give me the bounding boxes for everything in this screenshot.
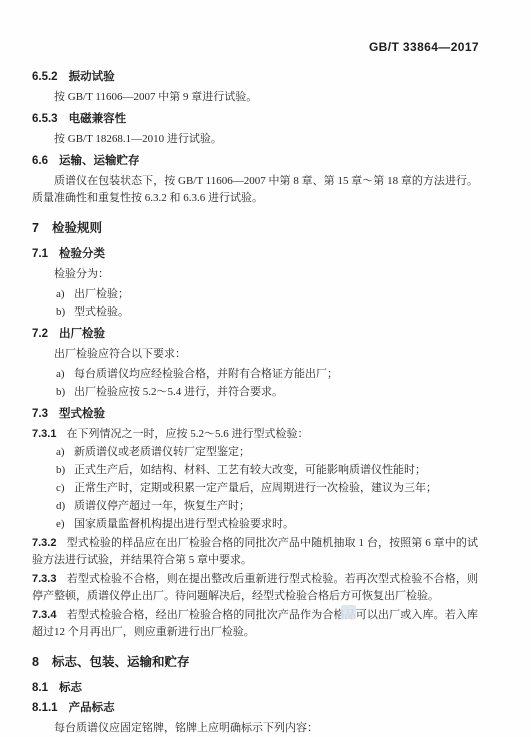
list-item: c)正常生产时，定期或积累一定产量后，应周期进行一次检验，建议为三年；	[32, 480, 478, 497]
chapter-heading: 7检验规则	[32, 220, 478, 236]
list-item: d)质谱仪停产超过一年，恢复生产时；	[32, 498, 478, 515]
heading-number: 8.1.1	[32, 702, 58, 714]
clause-text: 型式检验的样品应在出厂检验合格的同批次产品中随机抽取 1 台，按照第 6 章中的…	[32, 537, 478, 566]
scan-artifact	[341, 605, 356, 619]
list-item-text: 质谱仪停产超过一年，恢复生产时；	[74, 500, 250, 512]
list-item-label: b)	[56, 384, 65, 401]
section-heading: 8.1标志	[32, 681, 478, 695]
clause-number: 7.3.4	[32, 609, 56, 621]
paragraph: 按 GB/T 11606—2007 中第 9 章进行试验。	[32, 89, 478, 106]
heading-number: 8.1	[32, 682, 48, 694]
section-heading: 6.5.2振动试验	[32, 70, 478, 84]
section-heading: 7.3型式检验	[32, 407, 478, 421]
clause-paragraph: 7.3.3若型式检验不合格，则在提出整改后重新进行型式检验。若再次型式检验不合格…	[32, 571, 478, 605]
heading-number: 6.5.3	[32, 113, 58, 125]
section-heading: 6.6运输、运输贮存	[32, 154, 478, 168]
list-item-text: 国家质量监督机构提出进行型式检验要求时。	[74, 518, 294, 530]
document-page: { "header": { "standard_number": "GB/T 3…	[0, 0, 531, 737]
list-item-text: 出厂检验；	[74, 288, 129, 300]
clause-paragraph: 7.3.1在下列情况之一时，应按 5.2～5.6 进行型式检验：	[32, 426, 478, 443]
list-item: a)每台质谱仪均应经检验合格，并附有合格证方能出厂；	[32, 366, 478, 383]
list-item-label: a)	[56, 444, 65, 461]
heading-title: 检验分类	[59, 248, 105, 260]
heading-title: 电磁兼容性	[69, 113, 127, 125]
list-item-label: d)	[56, 498, 65, 515]
list-item-text: 新质谱仪或老质谱仪转厂定型鉴定；	[74, 446, 250, 458]
clause-number: 7.3.1	[32, 428, 56, 440]
heading-number: 7.2	[32, 328, 48, 340]
heading-title: 型式检验	[59, 408, 105, 420]
chapter-heading: 8标志、包装、运输和贮存	[32, 654, 478, 670]
list-item: b)型式检验。	[32, 304, 478, 321]
list-item-label: b)	[56, 462, 65, 479]
document-body: 6.5.2振动试验按 GB/T 11606—2007 中第 9 章进行试验。6.…	[32, 64, 478, 737]
clause-text: 在下列情况之一时，应按 5.2～5.6 进行型式检验：	[66, 428, 308, 440]
clause-text: 若型式检验合格，经出厂检验合格的同批次产品作为合格品可以出厂或入库。若入库超过1…	[32, 609, 478, 638]
section-heading: 8.1.1产品标志	[32, 701, 478, 715]
heading-number: 6.5.2	[32, 71, 58, 83]
list-item: b)正式生产后，如结构、材料、工艺有较大改变，可能影响质谱仪性能时；	[32, 462, 478, 479]
list-item-text: 出厂检验应按 5.2～5.4 进行，并符合要求。	[74, 386, 283, 398]
list-item: a)出厂检验；	[32, 286, 478, 303]
heading-title: 出厂检验	[59, 328, 105, 340]
heading-title: 标志	[59, 682, 82, 694]
list-item: e)国家质量监督机构提出进行型式检验要求时。	[32, 516, 478, 533]
paragraph: 按 GB/T 18268.1—2010 进行试验。	[32, 131, 478, 148]
heading-title: 运输、运输贮存	[59, 155, 140, 167]
list-item-text: 每台质谱仪均应经检验合格，并附有合格证方能出厂；	[74, 368, 338, 380]
heading-number: 7.1	[32, 248, 48, 260]
paragraph: 每台质谱仪应固定铭牌，铭牌上应明确标示下列内容：	[32, 720, 478, 737]
paragraph: 出厂检验应符合以下要求：	[32, 346, 478, 363]
section-heading: 7.1检验分类	[32, 247, 478, 261]
clause-number: 7.3.2	[32, 537, 56, 549]
paragraph: 质谱仪在包装状态下，按 GB/T 11606—2007 中第 8 章、第 15 …	[32, 173, 478, 207]
list-item-text: 型式检验。	[74, 306, 129, 318]
paragraph: 检验分为：	[32, 266, 478, 283]
clause-paragraph: 7.3.2型式检验的样品应在出厂检验合格的同批次产品中随机抽取 1 台，按照第 …	[32, 535, 478, 569]
heading-number: 7	[32, 221, 39, 235]
list-item-label: a)	[56, 366, 65, 383]
heading-number: 6.6	[32, 155, 48, 167]
heading-title: 检验规则	[52, 221, 102, 235]
standard-number-header: GB/T 33864—2017	[369, 40, 479, 54]
heading-title: 标志、包装、运输和贮存	[52, 655, 190, 669]
list-item-label: b)	[56, 304, 65, 321]
clause-paragraph: 7.3.4若型式检验合格，经出厂检验合格的同批次产品作为合格品可以出厂或入库。若…	[32, 607, 478, 641]
list-item-label: c)	[56, 480, 65, 497]
list-item-text: 正式生产后，如结构、材料、工艺有较大改变，可能影响质谱仪性能时；	[74, 464, 426, 476]
list-item-label: a)	[56, 286, 65, 303]
heading-title: 振动试验	[69, 71, 115, 83]
section-heading: 6.5.3电磁兼容性	[32, 112, 478, 126]
section-heading: 7.2出厂检验	[32, 327, 478, 341]
clause-text: 若型式检验不合格，则在提出整改后重新进行型式检验。若再次型式检验不合格，则停产整…	[32, 573, 478, 602]
list-item: b)出厂检验应按 5.2～5.4 进行，并符合要求。	[32, 384, 478, 401]
list-item: a)新质谱仪或老质谱仪转厂定型鉴定；	[32, 444, 478, 461]
list-item-text: 正常生产时，定期或积累一定产量后，应周期进行一次检验，建议为三年；	[74, 482, 437, 494]
list-item-label: e)	[56, 516, 65, 533]
heading-title: 产品标志	[69, 702, 115, 714]
heading-number: 7.3	[32, 408, 48, 420]
heading-number: 8	[32, 655, 39, 669]
clause-number: 7.3.3	[32, 573, 56, 585]
